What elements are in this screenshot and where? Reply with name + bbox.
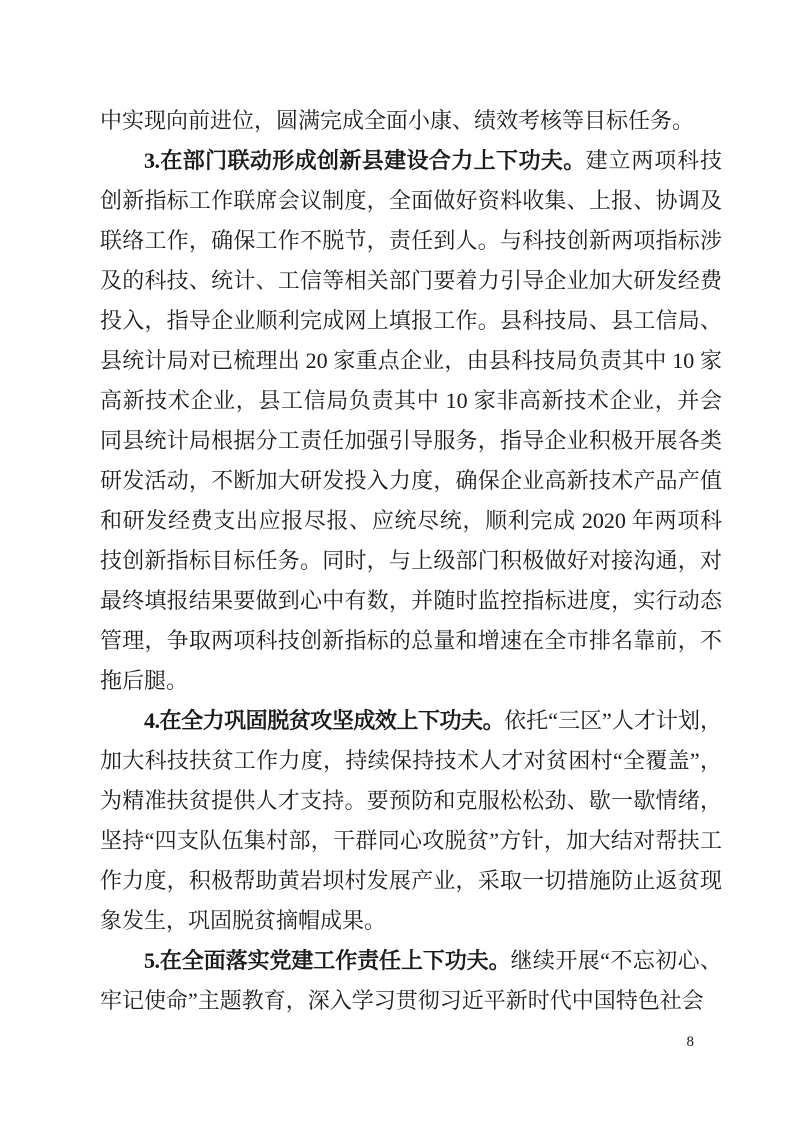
page-number: 8: [687, 1033, 695, 1051]
paragraph-text: 中实现向前进位，圆满完成全面小康、绩效考核等目标任务。: [100, 108, 694, 133]
paragraph-item-5: 5.在全面落实党建工作责任上下功夫。继续开展“不忘初心、牢记使命”主题教育，深入…: [100, 941, 722, 1021]
paragraph-item-4: 4.在全力巩固脱贫攻坚成效上下功夫。依托“三区”人才计划，加大科技扶贫工作力度，…: [100, 701, 722, 941]
paragraph-text: 依托“三区”人才计划，加大科技扶贫工作力度，持续保持技术人才对贫困村“全覆盖”，…: [100, 708, 722, 933]
paragraph-heading: 3.在部门联动形成创新县建设合力上下功夫。: [144, 148, 586, 173]
document-body: 中实现向前进位，圆满完成全面小康、绩效考核等目标任务。 3.在部门联动形成创新县…: [100, 101, 722, 1021]
paragraph-item-3: 3.在部门联动形成创新县建设合力上下功夫。建立两项科技创新指标工作联席会议制度，…: [100, 141, 722, 701]
paragraph-heading: 5.在全面落实党建工作责任上下功夫。: [144, 948, 511, 973]
paragraph-continuation: 中实现向前进位，圆满完成全面小康、绩效考核等目标任务。: [100, 101, 722, 141]
document-page: 中实现向前进位，圆满完成全面小康、绩效考核等目标任务。 3.在部门联动形成创新县…: [0, 0, 793, 1122]
paragraph-text: 建立两项科技创新指标工作联席会议制度，全面做好资料收集、上报、协调及联络工作，确…: [100, 148, 722, 693]
paragraph-heading: 4.在全力巩固脱贫攻坚成效上下功夫。: [144, 708, 504, 733]
